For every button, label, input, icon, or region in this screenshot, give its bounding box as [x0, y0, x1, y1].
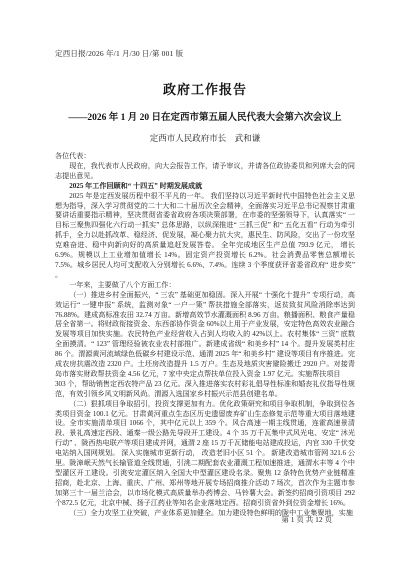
- page-number: 第 1 页 共 12 页: [281, 514, 332, 525]
- paragraph: （一）推进乡村全面振兴，“ 三农” 基础更加稳固。深入开展“ 十强化十提升” 专…: [55, 291, 355, 380]
- paragraph: 现在，我代表市人民政府，向大会报告工作，请予审议，并请各位政协委员和列席大会的同…: [55, 162, 355, 182]
- paragraph: 303 个，帮助销售定西农特产品 23 亿元。深入推进落实农村彩礼倡导性标准和婚…: [55, 380, 355, 400]
- byline: 定西市人民政府市长 武和谦: [55, 132, 355, 144]
- document-body: 各位代表：现在，我代表市人民政府，向大会报告工作，请予审议，并请各位政协委员和列…: [55, 152, 355, 519]
- page-title: 政府工作报告: [55, 79, 355, 98]
- document-page: 定西日报/2026 年/1 月/30 日/第 001 版 政府工作报告 ——20…: [0, 0, 410, 580]
- masthead: 定西日报/2026 年/1 月/30 日/第 001 版: [55, 48, 355, 59]
- paragraph: 一年来，主要做了八个方面工作：: [55, 281, 355, 291]
- paragraph: 2025 年工作回顾和“ 十四五” 时期发展成就: [55, 182, 355, 192]
- paragraph: 各位代表：: [55, 152, 355, 162]
- paragraph: 2025 年是定西发展历程中很不平凡的一年。 我们坚持以习近平新时代中国特色社会…: [55, 192, 355, 281]
- paragraph: （二）狠抓项目争取招引，投资支撑更加有力。优化政策研究和项目争取机制，争取到位各…: [55, 400, 355, 509]
- subtitle: ——2026 年 1 月 20 日在定西市第五届人民代表大会第六次会议上: [55, 109, 355, 123]
